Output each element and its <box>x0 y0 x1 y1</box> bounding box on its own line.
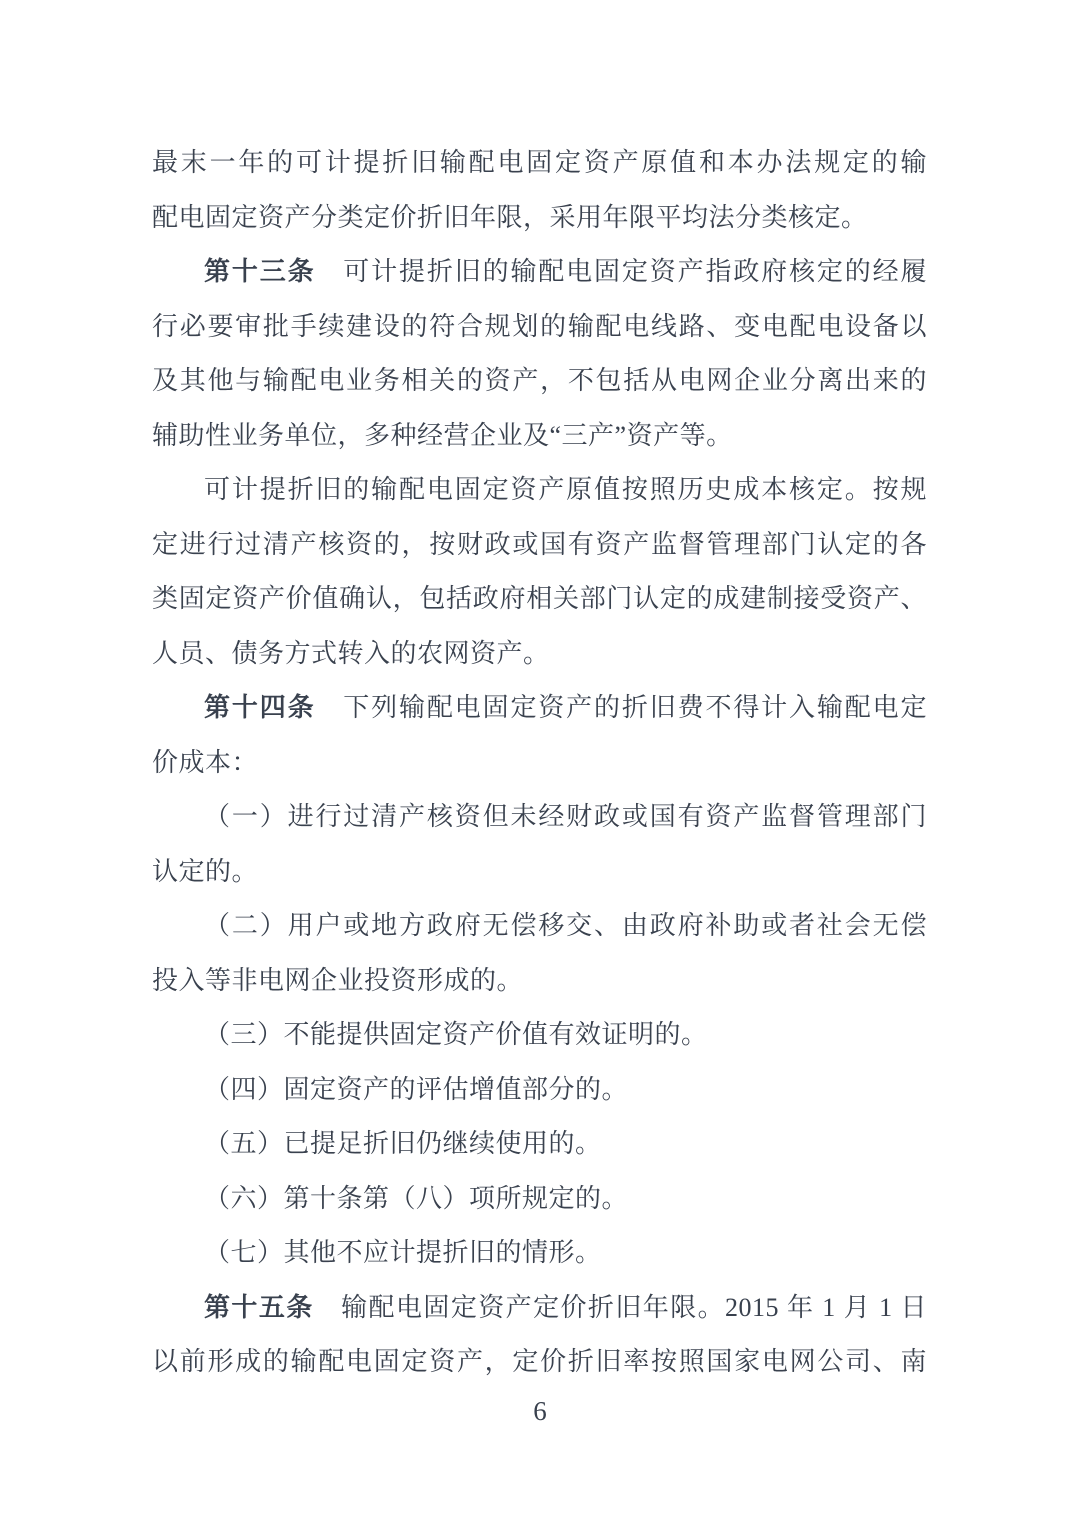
text-segment: 价成本： <box>152 748 258 777</box>
document-page: 最末一年的可计提折旧输配电固定资产原值和本办法规定的输配电固定资产分类定价折旧年… <box>0 0 1080 1527</box>
text-line: 可计提折旧的输配电固定资产原值按照历史成本核定。按规 <box>152 463 927 518</box>
text-segment: 可计提折旧的输配电固定资产原值按照历史成本核定。按规 <box>204 475 927 504</box>
text-line: 配电固定资产分类定价折旧年限，采用年限平均法分类核定。 <box>152 191 927 246</box>
text-line: 人员、债务方式转入的农网资产。 <box>152 627 927 682</box>
text-line: （一）进行过清产核资但未经财政或国有资产监督管理部门 <box>152 790 927 845</box>
text-segment: 配电固定资产分类定价折旧年限，采用年限平均法分类核定。 <box>152 203 868 232</box>
text-line: 类固定资产价值确认，包括政府相关部门认定的成建制接受资产、 <box>152 572 927 627</box>
text-segment: （四）固定资产的评估增值部分的。 <box>204 1075 628 1104</box>
text-segment: 定进行过清产核资的，按财政或国有资产监督管理部门认定的各 <box>152 530 927 559</box>
text-line: （四）固定资产的评估增值部分的。 <box>152 1063 927 1118</box>
text-line: （二）用户或地方政府无偿移交、由政府补助或者社会无偿 <box>152 899 927 954</box>
text-line: 第十五条 输配电固定资产定价折旧年限。2015 年 1 月 1 日 <box>152 1281 927 1336</box>
text-segment: 人员、债务方式转入的农网资产。 <box>152 639 550 668</box>
text-segment: 行必要审批手续建设的符合规划的输配电线路、变电配电设备以 <box>152 312 927 341</box>
text-segment: 辅助性业务单位，多种经营企业及“三产”资产等。 <box>152 421 733 450</box>
text-segment: （三）不能提供固定资产价值有效证明的。 <box>204 1020 708 1049</box>
document-body: 最末一年的可计提折旧输配电固定资产原值和本办法规定的输配电固定资产分类定价折旧年… <box>152 136 927 1390</box>
article-heading: 第十四条 <box>204 693 315 722</box>
text-line: 及其他与输配电业务相关的资产，不包括从电网企业分离出来的 <box>152 354 927 409</box>
page-number: 6 <box>533 1396 547 1426</box>
text-segment: 下列输配电固定资产的折旧费不得计入输配电定 <box>315 693 927 722</box>
text-segment: （二）用户或地方政府无偿移交、由政府补助或者社会无偿 <box>204 911 927 940</box>
page-footer: 6 <box>0 1396 1080 1427</box>
text-segment: 认定的。 <box>152 857 258 886</box>
article-heading: 第十五条 <box>204 1293 314 1322</box>
text-segment: 输配电固定资产定价折旧年限。2015 年 1 月 1 日 <box>314 1293 927 1322</box>
text-line: 行必要审批手续建设的符合规划的输配电线路、变电配电设备以 <box>152 300 927 355</box>
text-line: 辅助性业务单位，多种经营企业及“三产”资产等。 <box>152 409 927 464</box>
text-line: 认定的。 <box>152 845 927 900</box>
text-segment: 投入等非电网企业投资形成的。 <box>152 966 523 995</box>
text-segment: 类固定资产价值确认，包括政府相关部门认定的成建制接受资产、 <box>152 584 927 613</box>
text-segment: 以前形成的输配电固定资产，定价折旧率按照国家电网公司、南 <box>152 1347 927 1376</box>
text-line: （六）第十条第（八）项所规定的。 <box>152 1172 927 1227</box>
text-segment: （七）其他不应计提折旧的情形。 <box>204 1238 602 1267</box>
text-line: 投入等非电网企业投资形成的。 <box>152 954 927 1009</box>
text-line: 以前形成的输配电固定资产，定价折旧率按照国家电网公司、南 <box>152 1335 927 1390</box>
text-segment: （六）第十条第（八）项所规定的。 <box>204 1184 628 1213</box>
text-segment: 最末一年的可计提折旧输配电固定资产原值和本办法规定的输 <box>152 148 927 177</box>
article-heading: 第十三条 <box>204 257 315 286</box>
text-line: 第十四条 下列输配电固定资产的折旧费不得计入输配电定 <box>152 681 927 736</box>
text-line: 第十三条 可计提折旧的输配电固定资产指政府核定的经履 <box>152 245 927 300</box>
text-line: 定进行过清产核资的，按财政或国有资产监督管理部门认定的各 <box>152 518 927 573</box>
text-line: （三）不能提供固定资产价值有效证明的。 <box>152 1008 927 1063</box>
text-line: 价成本： <box>152 736 927 791</box>
text-segment: 可计提折旧的输配电固定资产指政府核定的经履 <box>315 257 927 286</box>
text-segment: （五）已提足折旧仍继续使用的。 <box>204 1129 602 1158</box>
text-segment: 及其他与输配电业务相关的资产，不包括从电网企业分离出来的 <box>152 366 927 395</box>
text-line: （五）已提足折旧仍继续使用的。 <box>152 1117 927 1172</box>
text-line: （七）其他不应计提折旧的情形。 <box>152 1226 927 1281</box>
text-line: 最末一年的可计提折旧输配电固定资产原值和本办法规定的输 <box>152 136 927 191</box>
text-segment: （一）进行过清产核资但未经财政或国有资产监督管理部门 <box>204 802 927 831</box>
